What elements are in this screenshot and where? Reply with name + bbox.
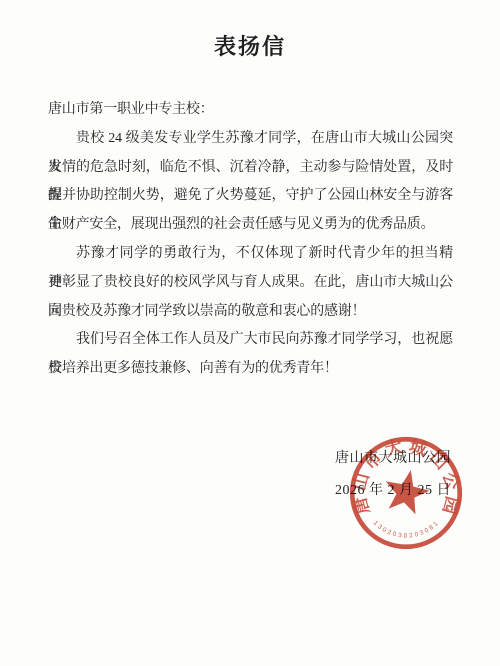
body-line: 命财产安全，展现出强烈的社会责任感与见义勇为的优秀品质。 bbox=[48, 211, 453, 240]
letter-title: 表扬信 bbox=[0, 30, 500, 61]
seal-code: 1302030203081 bbox=[372, 520, 440, 540]
body-line: 醒并协助控制火势，避免了火势蔓延，守护了公园山林安全与游客生 bbox=[48, 182, 453, 211]
body-line: 我们号召全体工作人员及广大市民向苏豫才同学学习，也祝愿贵 bbox=[48, 326, 453, 355]
signature-date: 2026 年 2 月 25 日 bbox=[231, 481, 451, 513]
body-line: 火情的危急时刻，临危不惧、沉着冷静，主动参与险情处置，及时提 bbox=[48, 154, 453, 183]
body-line: 贵校 24 级美发专业学生苏豫才同学，在唐山市大城山公园突发 bbox=[48, 125, 453, 154]
svg-text:1302030203081: 1302030203081 bbox=[372, 520, 440, 540]
body-line: 向贵校及苏豫才同学致以崇高的敬意和衷心的感谢！ bbox=[48, 298, 453, 327]
salutation: 唐山市第一职业中专主校： bbox=[48, 96, 453, 125]
body-line: 更彰显了贵校良好的校风学风与育人成果。在此，唐山市大城山公园 bbox=[48, 269, 453, 298]
body-line: 苏豫才同学的勇敢行为，不仅体现了新时代青少年的担当精神， bbox=[48, 240, 453, 269]
body-line: 校培养出更多德技兼修、向善有为的优秀青年！ bbox=[48, 355, 453, 384]
letter-body: 唐山市第一职业中专主校： 贵校 24 级美发专业学生苏豫才同学，在唐山市大城山公… bbox=[48, 96, 453, 384]
letter-page: 表扬信 唐山市第一职业中专主校： 贵校 24 级美发专业学生苏豫才同学，在唐山市… bbox=[0, 0, 500, 666]
signature-organization: 唐山市大城山公园 bbox=[231, 449, 451, 481]
signature-block: 唐山市大城山公园 2026 年 2 月 25 日 bbox=[231, 449, 451, 512]
